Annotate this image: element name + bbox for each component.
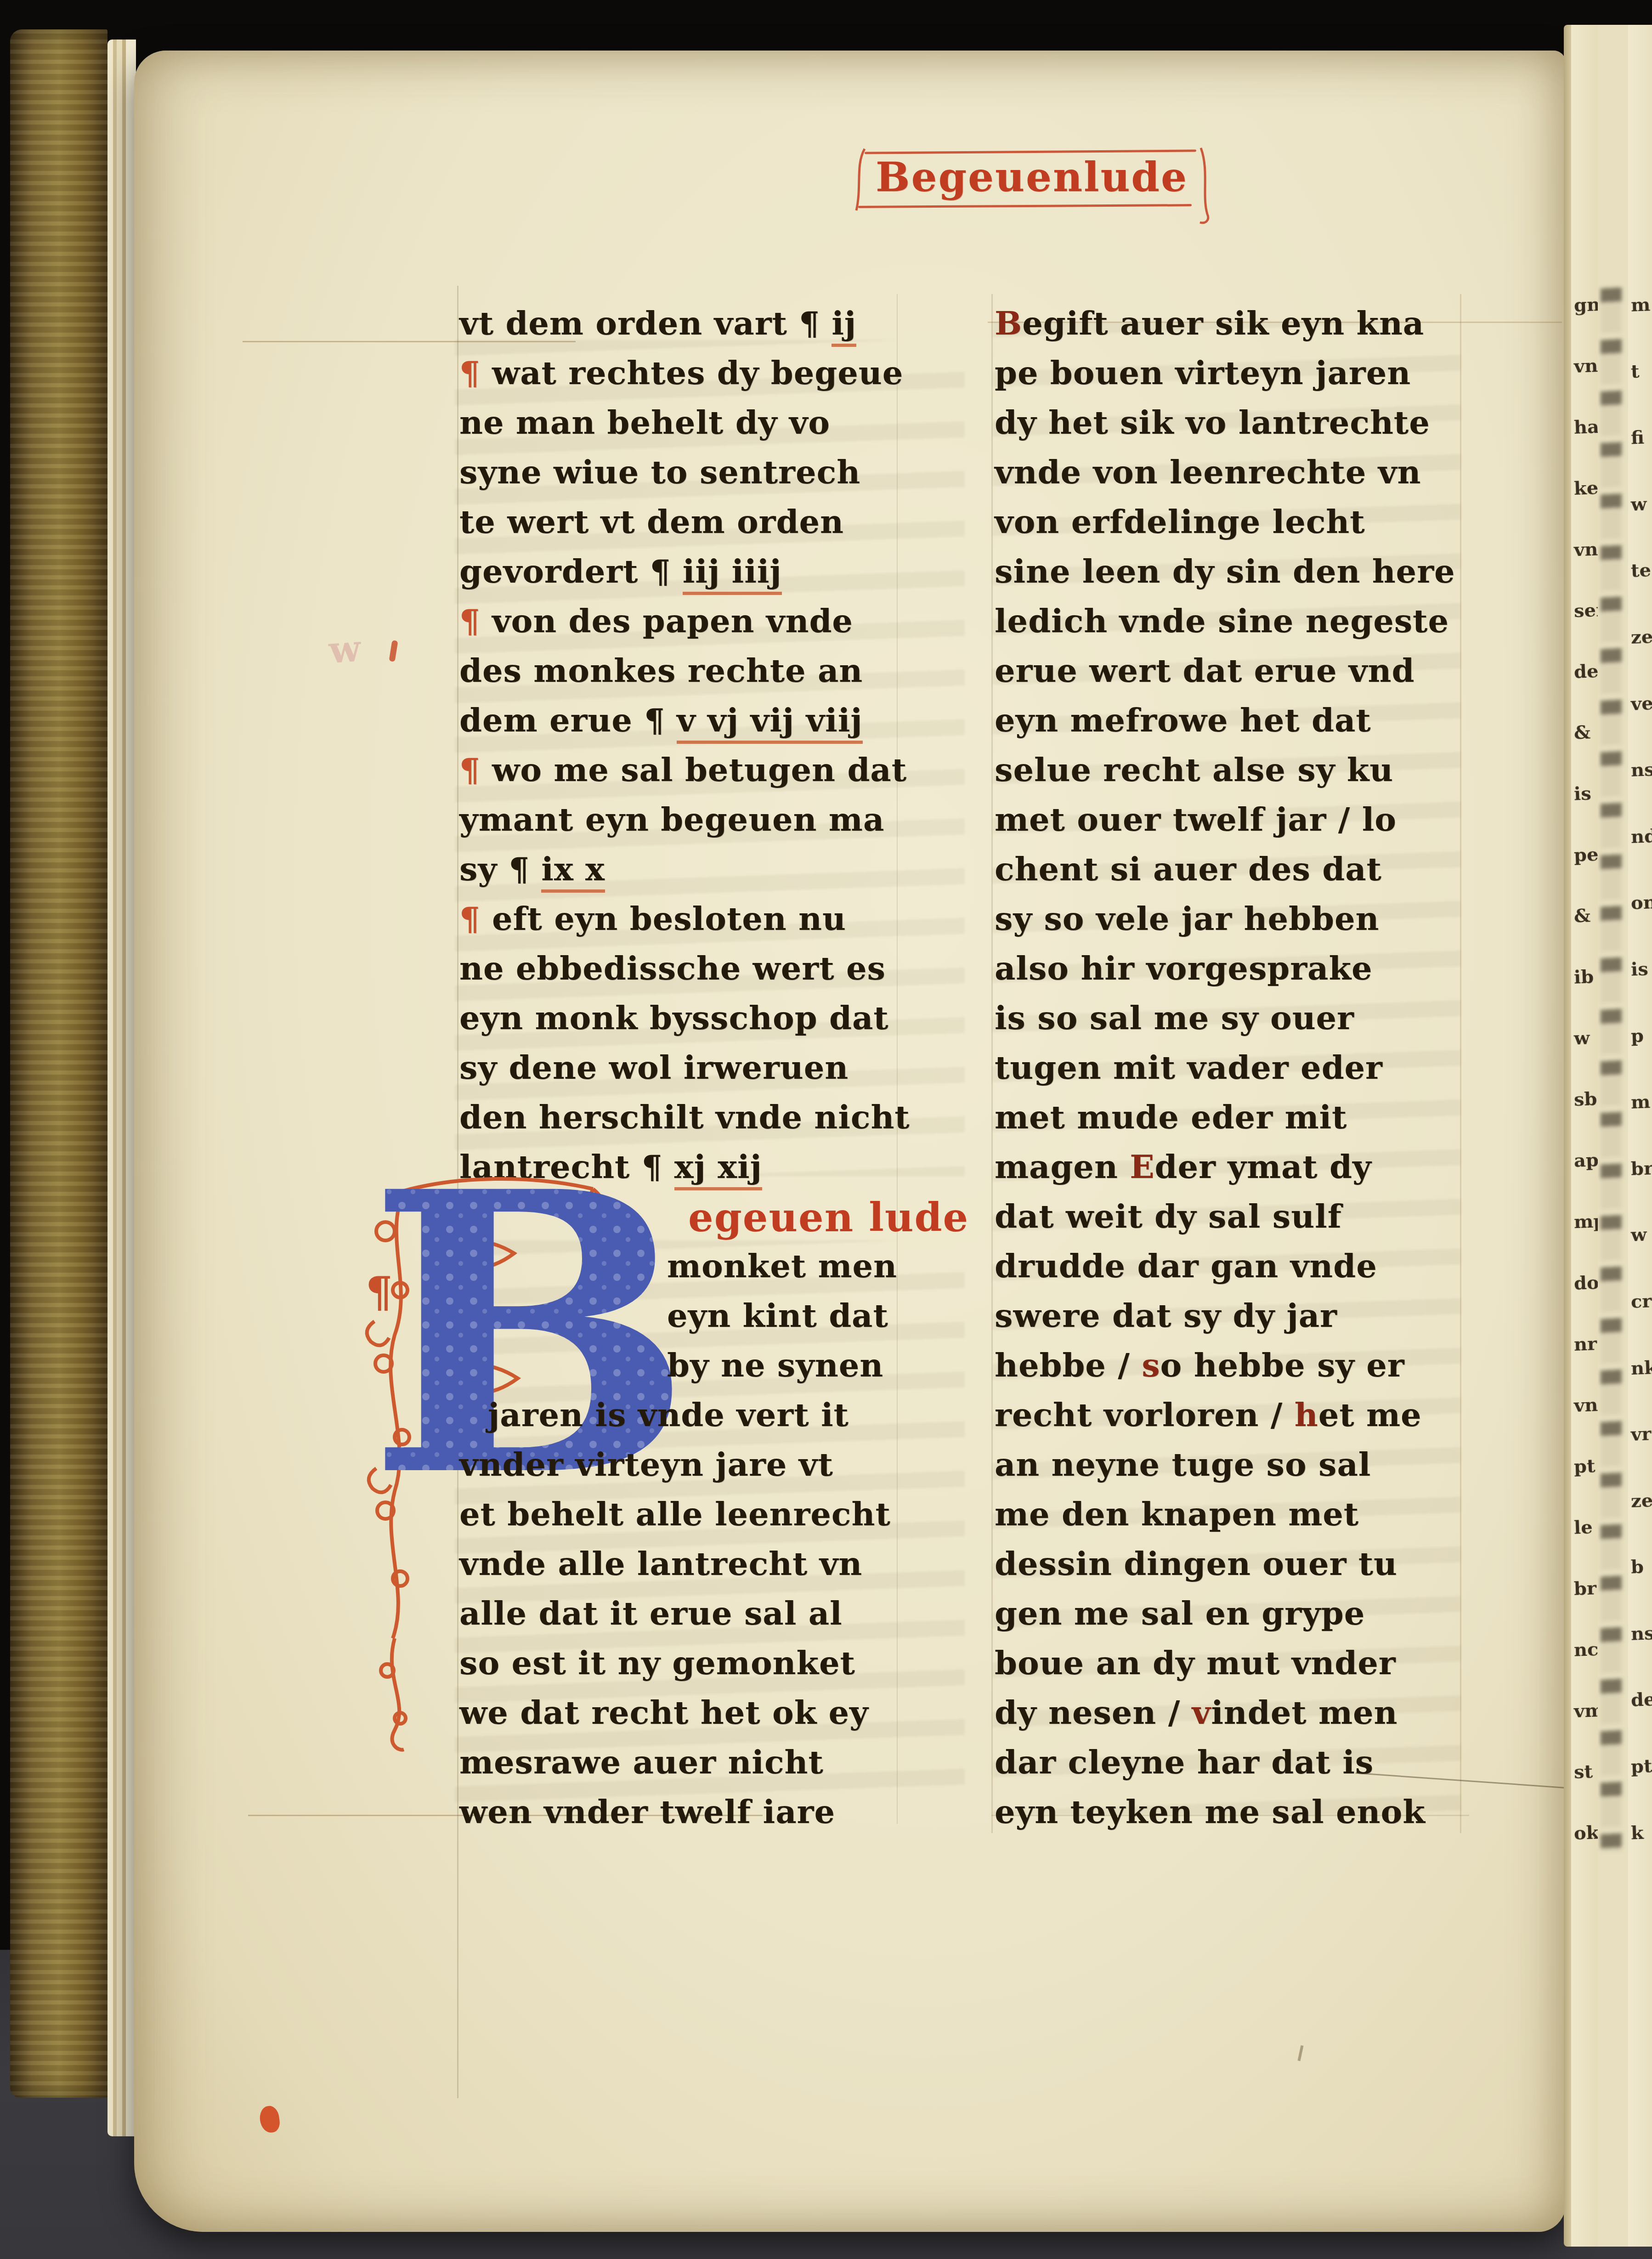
text-line: dy nesen / vindet men bbox=[995, 1688, 1560, 1738]
text-line: dy het sik vo lantrechte bbox=[995, 398, 1560, 447]
text-line: by ne synen bbox=[459, 1341, 979, 1390]
text-segment: drudde dar gan vnde bbox=[995, 1247, 1377, 1285]
text-segment: me den knapen met bbox=[995, 1495, 1359, 1533]
text-segment: syne wiue to sentrech bbox=[459, 453, 860, 491]
text-segment: von erfdelinge lecht bbox=[995, 503, 1365, 541]
text-segment: ¶ bbox=[459, 751, 492, 789]
page-edge-text-fragment: m bbox=[1630, 295, 1651, 314]
text-line: magen Eder ymat dy bbox=[995, 1142, 1560, 1192]
page-edge-text-fragment: vr bbox=[1630, 1425, 1652, 1444]
page-edge-text-fragment: pt bbox=[1573, 1457, 1595, 1476]
page-edge-text-fragment: do bbox=[1573, 1274, 1599, 1293]
text-line: Begift auer sik eyn kna bbox=[995, 299, 1560, 348]
page-edge-text-fragment: t bbox=[1630, 362, 1640, 381]
text-segment: der ymat dy bbox=[1155, 1148, 1372, 1186]
text-segment: recht vorloren / bbox=[995, 1396, 1295, 1434]
text-segment: selue recht alse sy ku bbox=[995, 751, 1393, 789]
text-segment: h bbox=[1295, 1396, 1318, 1434]
text-line: vnde von leenrechte vn bbox=[995, 447, 1560, 497]
text-line: boue an dy mut vnder bbox=[995, 1638, 1560, 1688]
right-column: Begift auer sik eyn knape bouen virteyn … bbox=[995, 299, 1560, 1837]
page-edge-text-fragment: de bbox=[1573, 662, 1599, 681]
page-edge-text-fragment: cr bbox=[1630, 1292, 1652, 1311]
page-edge-text-fragment: ap bbox=[1573, 1151, 1599, 1171]
text-segment: te wert vt dem orden bbox=[459, 503, 844, 541]
page-edge-text-fragment: & bbox=[1573, 907, 1590, 926]
left-column-after-initial: monket meneyn kint datby ne synenjaren i… bbox=[459, 1241, 979, 1837]
page-edge-text-fragment: st bbox=[1573, 1762, 1593, 1781]
text-line: vt dem orden vart ¶ ij bbox=[459, 299, 979, 348]
curled-page-blur bbox=[1598, 25, 1628, 2247]
text-line: eyn kint dat bbox=[459, 1291, 979, 1341]
page-edge-text-fragment: ke bbox=[1573, 479, 1599, 498]
text-segment: indet men bbox=[1211, 1693, 1397, 1732]
text-segment: met mude eder mit bbox=[995, 1098, 1347, 1136]
text-segment: an neyne tuge so sal bbox=[995, 1445, 1371, 1483]
next-page-sliver-inner: gnvnhakevnkserde&ispe&ibwsbapmpdonrvnptl… bbox=[1571, 25, 1598, 2247]
book-binding-edge bbox=[10, 29, 107, 2098]
rubric-incipit: egeuen lude bbox=[688, 1195, 969, 1241]
text-line: alle dat it erue sal al bbox=[459, 1589, 979, 1638]
text-line: dessin dingen ouer tu bbox=[995, 1539, 1560, 1589]
page-edge-text-fragment: nc bbox=[1573, 1640, 1599, 1659]
text-segment: wen vnder twelf iare bbox=[459, 1793, 835, 1831]
text-segment: jaren is vnde vert it bbox=[488, 1396, 849, 1434]
page-edge-text-fragment: sb bbox=[1573, 1090, 1597, 1110]
text-line: dem erue ¶ v vj vij viij bbox=[459, 696, 979, 745]
text-segment: met ouer twelf jar / lo bbox=[995, 800, 1397, 838]
left-column-top: vt dem orden vart ¶ ij¶ wat rechtes dy b… bbox=[459, 299, 979, 1192]
text-line: eyn monk bysschop dat bbox=[459, 993, 979, 1043]
page-edge-text-fragment: vn bbox=[1573, 1396, 1598, 1415]
page-edge-text-fragment: nd bbox=[1630, 827, 1652, 846]
text-segment: eyn kint dat bbox=[667, 1297, 888, 1335]
ruling-line-gutter-right bbox=[991, 294, 993, 1833]
running-title-cartouche: Begeuenlude bbox=[853, 141, 1211, 214]
text-segment: swere dat sy dy jar bbox=[995, 1297, 1337, 1335]
text-line: also hir vorgesprake bbox=[995, 944, 1560, 993]
page-edge-text-fragment: nr bbox=[1573, 1335, 1597, 1354]
text-line: des monkes rechte an bbox=[459, 646, 979, 696]
page-edge-text-fragment: de bbox=[1630, 1691, 1652, 1710]
text-line: mesrawe auer nicht bbox=[459, 1738, 979, 1787]
text-line: jaren is vnde vert it bbox=[459, 1390, 979, 1440]
text-line: tugen mit vader eder bbox=[995, 1043, 1560, 1093]
text-line: chent si auer des dat bbox=[995, 844, 1560, 894]
page-edge-text-fragment: p bbox=[1630, 1026, 1644, 1045]
text-segment: sy dene wol irweruen bbox=[459, 1048, 849, 1087]
text-line: an neyne tuge so sal bbox=[995, 1440, 1560, 1489]
text-segment: dy het sik vo lantrechte bbox=[995, 403, 1430, 442]
text-line: met mude eder mit bbox=[995, 1093, 1560, 1142]
text-segment: alle dat it erue sal al bbox=[459, 1594, 843, 1632]
page-edge-text-fragment: ib bbox=[1573, 968, 1594, 987]
text-line: sy dene wol irweruen bbox=[459, 1043, 979, 1093]
page-edge-text-fragment: w bbox=[1630, 1226, 1647, 1245]
page-edge-text-fragment: m bbox=[1630, 1093, 1651, 1111]
page-running-title: Begeuenlude bbox=[853, 141, 1211, 214]
text-segment: B bbox=[995, 304, 1022, 342]
text-segment: dy nesen / bbox=[995, 1693, 1192, 1732]
page-edge-text-fragment: te bbox=[1630, 561, 1651, 581]
text-line: ¶ wat rechtes dy begeue bbox=[459, 348, 979, 398]
text-segment: E bbox=[1130, 1148, 1154, 1186]
page-edge-text-fragment: is bbox=[1573, 785, 1591, 804]
page-edge-text-fragment: ns bbox=[1630, 1624, 1652, 1643]
text-line: ledich vnde sine negeste bbox=[995, 596, 1560, 646]
text-line: met ouer twelf jar / lo bbox=[995, 795, 1560, 844]
text-segment: chent si auer des dat bbox=[995, 850, 1382, 888]
text-segment: ne ebbedissche wert es bbox=[459, 949, 886, 987]
text-line: vnde alle lantrecht vn bbox=[459, 1539, 979, 1589]
margin-pilcrow: ¶ bbox=[366, 1267, 393, 1317]
page-edge-text-fragment: ok bbox=[1573, 1823, 1599, 1843]
text-segment: ne man behelt dy vo bbox=[459, 403, 830, 442]
text-line: recht vorloren / het me bbox=[995, 1390, 1560, 1440]
page-edge-text-fragment: & bbox=[1573, 724, 1590, 742]
text-segment: is so sal me sy ouer bbox=[995, 999, 1354, 1037]
text-segment: eyn monk bysschop dat bbox=[459, 999, 889, 1037]
text-line: ¶ wo me sal betugen dat bbox=[459, 745, 979, 795]
text-segment: dem erue ¶ bbox=[459, 701, 677, 739]
text-segment: sy ¶ bbox=[459, 850, 541, 888]
text-line: ne ebbedissche wert es bbox=[459, 944, 979, 993]
text-line: ¶ eft eyn besloten nu bbox=[459, 894, 979, 944]
text-segment: eyn teyken me sal enok bbox=[995, 1793, 1426, 1831]
page-edge-text-fragment: vn bbox=[1573, 357, 1598, 376]
text-segment: mesrawe auer nicht bbox=[459, 1743, 824, 1781]
text-segment: des monkes rechte an bbox=[459, 651, 863, 690]
text-segment: v bbox=[1192, 1693, 1211, 1732]
text-segment: pe bouen virteyn jaren bbox=[995, 354, 1411, 392]
text-line: so est it ny gemonket bbox=[459, 1638, 979, 1688]
faded-margin-note: w bbox=[328, 627, 362, 672]
text-segment: ¶ bbox=[459, 354, 492, 392]
text-segment: eyn mefrowe het dat bbox=[995, 701, 1371, 739]
text-segment: dat weit dy sal sulf bbox=[995, 1197, 1342, 1235]
text-segment: et behelt alle leenrecht bbox=[459, 1495, 891, 1533]
fore-edge-fragments-outer: mtfiwtezevensndonispmbrwcrnkvrzebnsdeptk bbox=[1631, 296, 1652, 1842]
text-line: et behelt alle leenrecht bbox=[459, 1489, 979, 1539]
text-segment: o hebbe sy er bbox=[1160, 1346, 1405, 1384]
page-edge-text-fragment: ze bbox=[1630, 628, 1652, 647]
page-edge-text-fragment: br bbox=[1573, 1579, 1596, 1598]
page-edge-text-fragment: fi bbox=[1630, 429, 1644, 447]
text-line: sy ¶ ix x bbox=[459, 844, 979, 894]
text-line: selue recht alse sy ku bbox=[995, 745, 1560, 795]
text-line: swere dat sy dy jar bbox=[995, 1291, 1560, 1341]
fore-edge-fragments-inner: gnvnhakevnkserde&ispe&ibwsbapmpdonrvnptl… bbox=[1574, 296, 1598, 1842]
text-line: sine leen dy sin den here bbox=[995, 547, 1560, 596]
page-edge-text-fragment: ha bbox=[1573, 418, 1599, 437]
page-edge-text-fragment: ve bbox=[1630, 694, 1652, 713]
text-line: we dat recht het ok ey bbox=[459, 1688, 979, 1738]
page-edge-text-fragment: pt bbox=[1630, 1757, 1652, 1776]
page-edge-text-fragment: nk bbox=[1630, 1359, 1652, 1378]
page-edge-text-fragment: gn bbox=[1573, 295, 1600, 315]
text-segment: gevordert ¶ bbox=[459, 552, 683, 590]
text-segment: so est it ny gemonket bbox=[459, 1644, 855, 1682]
text-line: eyn teyken me sal enok bbox=[995, 1787, 1560, 1837]
text-line: is so sal me sy ouer bbox=[995, 993, 1560, 1043]
text-segment: dar cleyne har dat is bbox=[995, 1743, 1374, 1781]
page-edge-text-fragment: k bbox=[1630, 1823, 1644, 1842]
page-edge-text-fragment: pe bbox=[1573, 845, 1599, 865]
text-line: erue wert dat erue vnd bbox=[995, 646, 1560, 696]
page-edge-text-fragment: ns bbox=[1630, 760, 1652, 780]
text-line: dat weit dy sal sulf bbox=[995, 1192, 1560, 1241]
text-segment: wo me sal betugen dat bbox=[492, 751, 907, 789]
text-line: von erfdelinge lecht bbox=[995, 497, 1560, 547]
text-segment: v vj vij viij bbox=[677, 701, 863, 744]
text-line: te wert vt dem orden bbox=[459, 497, 979, 547]
text-line: eyn mefrowe het dat bbox=[995, 696, 1560, 745]
text-segment: ledich vnde sine negeste bbox=[995, 602, 1449, 640]
text-line: ne man behelt dy vo bbox=[459, 398, 979, 447]
text-segment: ymant eyn begeuen ma bbox=[459, 800, 884, 838]
text-segment: ¶ bbox=[459, 602, 492, 640]
page-edge-text-fragment: br bbox=[1630, 1159, 1652, 1178]
page-edge-text-fragment: w bbox=[1630, 495, 1647, 514]
text-line: syne wiue to sentrech bbox=[459, 447, 979, 497]
text-segment: vt dem orden vart ¶ bbox=[459, 304, 832, 342]
text-segment: dessin dingen ouer tu bbox=[995, 1545, 1397, 1583]
page-edge-text-fragment: b bbox=[1630, 1558, 1644, 1577]
text-line: me den knapen met bbox=[995, 1489, 1560, 1539]
text-segment: et me bbox=[1318, 1396, 1422, 1434]
text-line: dar cleyne har dat is bbox=[995, 1738, 1560, 1787]
text-segment: tugen mit vader eder bbox=[995, 1048, 1383, 1087]
text-segment: ix x bbox=[541, 850, 605, 893]
left-page-edges bbox=[107, 40, 136, 2136]
text-segment: gen me sal en grype bbox=[995, 1594, 1365, 1632]
page-edge-text-fragment: on bbox=[1630, 893, 1652, 912]
text-segment: hebbe / bbox=[995, 1346, 1142, 1384]
text-line: monket men bbox=[459, 1241, 979, 1291]
next-page-sliver-outer: mtfiwtezevensndonispmbrwcrnkvrzebnsdeptk bbox=[1628, 25, 1652, 2247]
text-segment: eft eyn besloten nu bbox=[492, 900, 846, 938]
text-segment: monket men bbox=[667, 1247, 897, 1285]
text-segment: von des papen vnde bbox=[492, 602, 853, 640]
page-edge-groove bbox=[1564, 25, 1571, 2247]
text-segment: egift auer sik eyn kna bbox=[1022, 304, 1424, 342]
page-edge-text-fragment: is bbox=[1630, 960, 1648, 979]
text-line: pe bouen virteyn jaren bbox=[995, 348, 1560, 398]
text-segment: by ne synen bbox=[667, 1346, 883, 1384]
text-line: gen me sal en grype bbox=[995, 1589, 1560, 1638]
text-segment: we dat recht het ok ey bbox=[459, 1693, 869, 1732]
text-segment: ij bbox=[832, 304, 856, 347]
text-line: sy so vele jar hebben bbox=[995, 894, 1560, 944]
page-edge-text-fragment: ze bbox=[1630, 1491, 1652, 1511]
text-segment: vnde von leenrechte vn bbox=[995, 453, 1421, 491]
text-segment: vnder virteyn jare vt bbox=[459, 1445, 833, 1483]
text-segment: sine leen dy sin den here bbox=[995, 552, 1455, 590]
text-line: gevordert ¶ iij iiij bbox=[459, 547, 979, 596]
text-segment: boue an dy mut vnder bbox=[995, 1644, 1396, 1682]
text-line: ymant eyn begeuen ma bbox=[459, 795, 979, 844]
text-line: drudde dar gan vnde bbox=[995, 1241, 1560, 1291]
text-segment: magen bbox=[995, 1148, 1130, 1186]
text-segment: wat rechtes dy begeue bbox=[492, 354, 903, 392]
text-segment: ¶ bbox=[459, 900, 492, 938]
text-segment: s bbox=[1142, 1346, 1160, 1384]
manuscript-photo: Begeuenlude vt dem orden vart ¶ ij¶ wat … bbox=[0, 0, 1652, 2259]
text-segment: also hir vorgesprake bbox=[995, 949, 1373, 987]
text-segment: vnde alle lantrecht vn bbox=[459, 1545, 862, 1583]
text-segment: erue wert dat erue vnd bbox=[995, 651, 1414, 690]
page-edge-text-fragment: le bbox=[1573, 1518, 1593, 1537]
text-line: vnder virteyn jare vt bbox=[459, 1440, 979, 1489]
page-edge-text-fragment: w bbox=[1573, 1029, 1590, 1048]
text-line: wen vnder twelf iare bbox=[459, 1787, 979, 1837]
text-segment: iij iiij bbox=[683, 552, 782, 595]
text-line: hebbe / so hebbe sy er bbox=[995, 1341, 1560, 1390]
fore-edge-pages: gnvnhakevnkserde&ispe&ibwsbapmpdonrvnptl… bbox=[1564, 25, 1652, 2247]
text-segment: sy so vele jar hebben bbox=[995, 900, 1379, 938]
text-line: ¶ von des papen vnde bbox=[459, 596, 979, 646]
